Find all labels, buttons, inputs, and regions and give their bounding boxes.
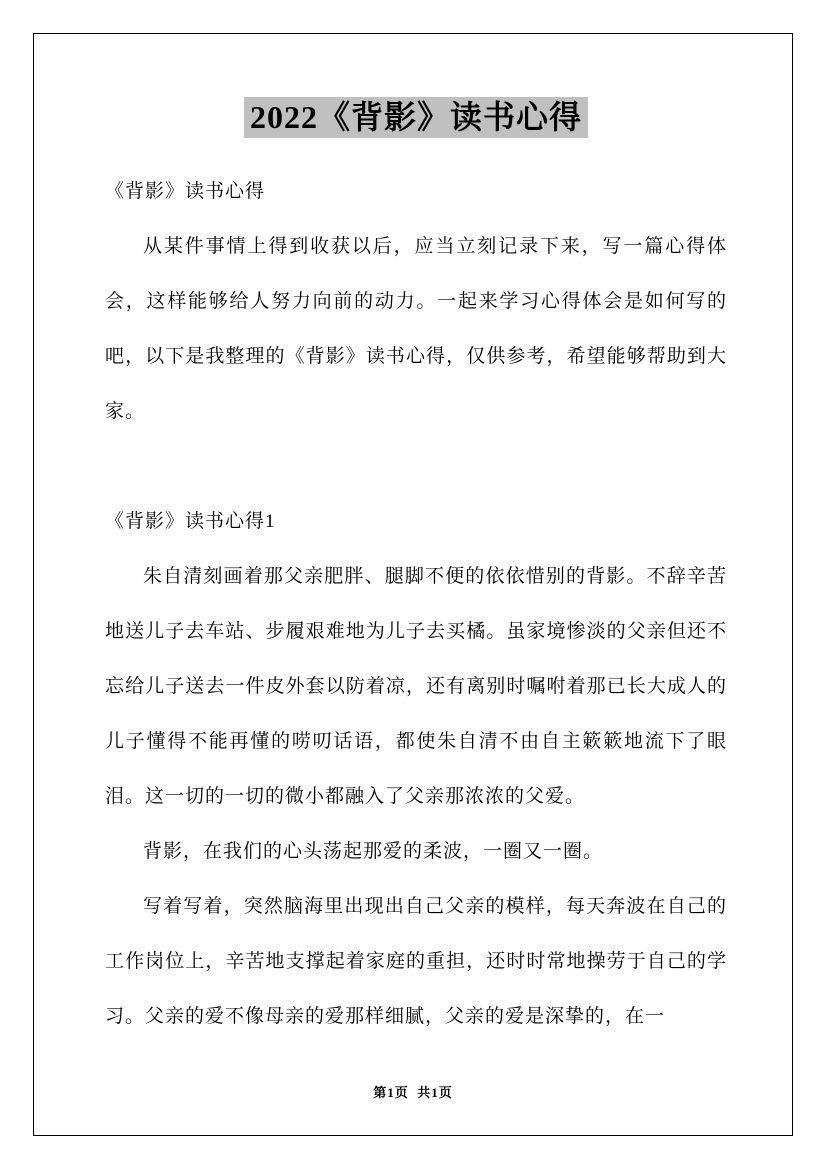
footer-page-info: 第1页 共1页 bbox=[373, 1085, 453, 1100]
doc-title: 2022《背影》读书心得 bbox=[105, 97, 727, 138]
body-paragraph-3: 写着写着，突然脑海里出现出自己父亲的模样，每天奔波在自己的工作岗位上，辛苦地支撑… bbox=[105, 879, 727, 1044]
subtitle: 《背影》读书心得 bbox=[105, 164, 727, 219]
body-paragraph-2: 背影，在我们的心头荡起那爱的柔波，一圈又一圈。 bbox=[105, 824, 727, 879]
document-content: 2022《背影》读书心得 《背影》读书心得 从某件事情上得到收获以后，应当立刻记… bbox=[105, 97, 727, 1044]
intro-paragraph: 从某件事情上得到收获以后，应当立刻记录下来，写一篇心得体会，这样能够给人努力向前… bbox=[105, 219, 727, 439]
document-page: 2022《背影》读书心得 《背影》读书心得 从某件事情上得到收获以后，应当立刻记… bbox=[33, 33, 793, 1136]
body-paragraph-1: 朱自清刻画着那父亲肥胖、腿脚不便的依依惜别的背影。不辞辛苦地送儿子去车站、步履艰… bbox=[105, 549, 727, 824]
section-heading: 《背影》读书心得1 bbox=[105, 494, 727, 549]
doc-title-highlight: 2022《背影》读书心得 bbox=[244, 97, 588, 138]
page-footer: 第1页 共1页 bbox=[34, 1082, 792, 1101]
